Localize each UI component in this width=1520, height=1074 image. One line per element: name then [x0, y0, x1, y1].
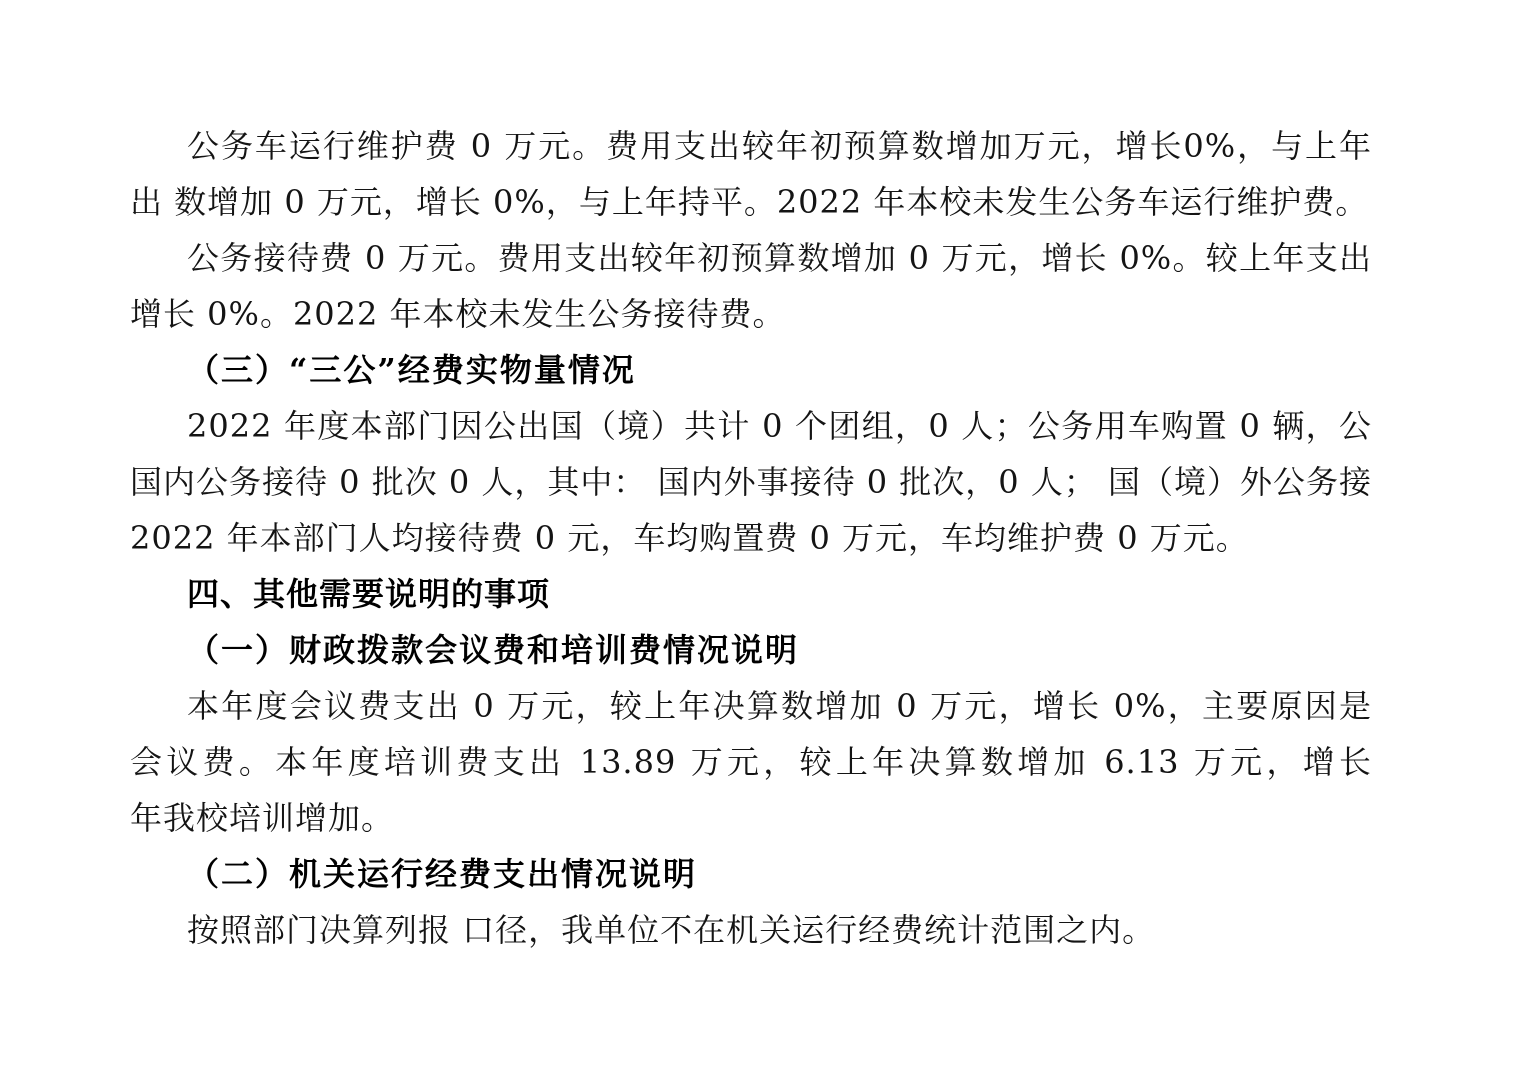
- document-line: 出 数增加 0 万元，增长 0%，与上年持平。2022 年本校未发生公务车运行维…: [130, 174, 1372, 230]
- document-page: 公务车运行维护费 0 万元。费用支出较年初预算数增加万元，增长0%，与上年持平。…: [0, 0, 1520, 1074]
- section-heading: （一）财政拨款会议费和培训费情况说明: [130, 622, 1372, 678]
- document-line: 本年度会议费支出 0 万元，较上年决算数增加 0 万元，增长 0%，主要原因是 …: [130, 678, 1372, 734]
- document-line: 公务车运行维护费 0 万元。费用支出较年初预算数增加万元，增长0%，与上年持平。…: [130, 118, 1372, 174]
- document-line: 国内公务接待 0 批次 0 人，其中： 国内外事接待 0 批次，0 人； 国（境…: [130, 454, 1372, 510]
- document-line: 2022 年度本部门因公出国（境）共计 0 个团组，0 人；公务用车购置 0 辆…: [130, 398, 1372, 454]
- document-line: 年我校培训增加。: [130, 790, 1372, 846]
- section-heading: （三）“三公”经费实物量情况: [130, 342, 1372, 398]
- document-line: 按照部门决算列报 口径，我单位不在机关运行经费统计范围之内。: [130, 902, 1372, 958]
- document-line: 2022 年本部门人均接待费 0 元，车均购置费 0 万元，车均维护费 0 万元…: [130, 510, 1372, 566]
- document-body: 公务车运行维护费 0 万元。费用支出较年初预算数增加万元，增长0%，与上年持平。…: [130, 118, 1372, 958]
- document-line: 会议费。本年度培训费支出 13.89 万元，较上年决算数增加 6.13 万元，增…: [130, 734, 1372, 790]
- section-heading: （二）机关运行经费支出情况说明: [130, 846, 1372, 902]
- document-line: 公务接待费 0 万元。费用支出较年初预算数增加 0 万元，增长 0%。较上年支出…: [130, 230, 1372, 286]
- section-heading: 四、其他需要说明的事项: [130, 566, 1372, 622]
- document-line: 增长 0%。2022 年本校未发生公务接待费。: [130, 286, 1372, 342]
